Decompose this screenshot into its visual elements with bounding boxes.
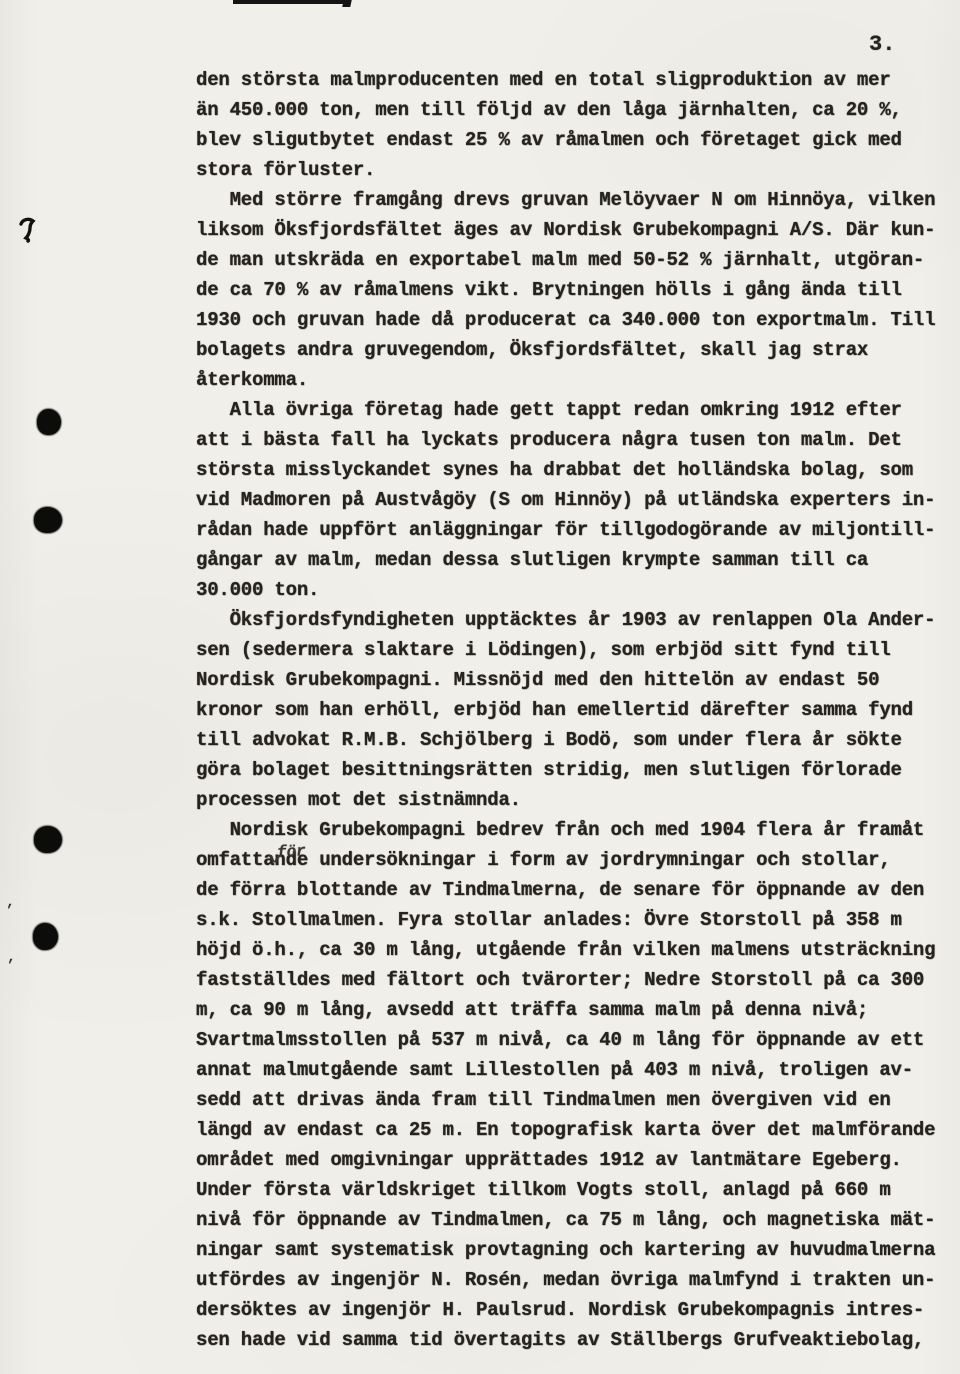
text-line: ningar samt systematisk provtagning och … xyxy=(196,1235,960,1265)
text-line: Nordisk Grubekompagni. Missnöjd med den … xyxy=(196,665,960,695)
text-line: till advokat R.M.B. Schjölberg i Bodö, s… xyxy=(196,725,960,755)
scan-edge-artifact xyxy=(233,0,345,4)
page-number: 3. xyxy=(869,32,895,57)
text-line: liksom Öksfjordsfältet äges av Nordisk G… xyxy=(196,215,960,245)
document-text: den största malmproducenten med en total… xyxy=(196,65,960,1355)
handwritten-comma-mark: , xyxy=(6,898,15,908)
text-line: Med större framgång drevs gruvan Melöyva… xyxy=(196,185,960,215)
insertion-caret-icon: v xyxy=(268,853,281,867)
text-line: s.k. Stollmalmen. Fyra stollar anlades: … xyxy=(196,905,960,935)
text-line: sen hade vid samma tid övertagits av Stä… xyxy=(196,1325,960,1355)
text-line: vid Madmoren på Austvågöy (S om Hinnöy) … xyxy=(196,485,960,515)
text-line: Nordisk Grubekompagni bedrev från och me… xyxy=(196,815,960,845)
text-line: utfördes av ingenjör N. Rosén, medan övr… xyxy=(196,1265,960,1295)
scanned-document-page: 3. , , den största malmproducenten med e… xyxy=(0,0,960,1374)
text-line: att i bästa fall ha lyckats producera nå… xyxy=(196,425,960,455)
text-line: sedd att drivas ända fram till Tindmalme… xyxy=(196,1085,960,1115)
text-line: de ca 70 % av råmalmens vikt. Brytningen… xyxy=(196,275,960,305)
text-line: stora förluster. xyxy=(196,155,960,185)
text-line: största misslyckandet synes ha drabbat d… xyxy=(196,455,960,485)
text-line: Öksfjordsfyndigheten upptäcktes år 1903 … xyxy=(196,605,960,635)
text-line: de man utskräda en exportabel malm med 5… xyxy=(196,245,960,275)
text-line: processen mot det sistnämnda. xyxy=(196,785,960,815)
ink-dot-mark xyxy=(34,826,62,853)
text-line: göra bolaget besittningsrätten stridig, … xyxy=(196,755,960,785)
text-line: längd av endast ca 25 m. En topografisk … xyxy=(196,1115,960,1145)
text-line: den största malmproducenten med en total… xyxy=(196,65,960,95)
text-line: kronor som han erhöll, erbjöd han emelle… xyxy=(196,695,960,725)
text-line: 30.000 ton. xyxy=(196,575,960,605)
ink-dot-mark xyxy=(33,923,58,950)
text-line: bolagets andra gruvegendom, Öksfjordsfäl… xyxy=(196,335,960,365)
handwritten-comma-mark: , xyxy=(7,953,16,963)
text-line: gångar av malm, medan dessa slutligen kr… xyxy=(196,545,960,575)
text-line: höjd ö.h., ca 30 m lång, utgående från v… xyxy=(196,935,960,965)
text-line: omfattande undersökningar i form av jord… xyxy=(196,845,960,875)
ink-dot-mark xyxy=(37,409,61,435)
text-line: området med omgivningar upprättades 1912… xyxy=(196,1145,960,1175)
text-line: 1930 och gruvan hade då producerat ca 34… xyxy=(196,305,960,335)
text-line: Under första världskriget tillkom Vogts … xyxy=(196,1175,960,1205)
text-line: annat malmutgående samt Lillestollen på … xyxy=(196,1055,960,1085)
text-line: rådan hade uppfört anläggningar för till… xyxy=(196,515,960,545)
text-line: nivå för öppnande av Tindmalmen, ca 75 m… xyxy=(196,1205,960,1235)
text-line: Svartmalmsstollen på 537 m nivå, ca 40 m… xyxy=(196,1025,960,1055)
text-line: återkomma. xyxy=(196,365,960,395)
handwritten-insertion: för xyxy=(277,843,307,860)
text-line: än 450.000 ton, men till följd av den lå… xyxy=(196,95,960,125)
text-line: sen (sedermera slaktare i Lödingen), som… xyxy=(196,635,960,665)
ink-dot-mark xyxy=(34,507,62,533)
handwritten-margin-mark-icon xyxy=(19,217,37,247)
text-line: blev sligutbytet endast 25 % av råmalmen… xyxy=(196,125,960,155)
text-line: fastställdes med fältort och tvärorter; … xyxy=(196,965,960,995)
text-line: de förra blottande av Tindmalmerna, de s… xyxy=(196,875,960,905)
text-line: Alla övriga företag hade gett tappt reda… xyxy=(196,395,960,425)
text-line: dersöktes av ingenjör H. Paulsrud. Nordi… xyxy=(196,1295,960,1325)
text-line: m, ca 90 m lång, avsedd att träffa samma… xyxy=(196,995,960,1025)
